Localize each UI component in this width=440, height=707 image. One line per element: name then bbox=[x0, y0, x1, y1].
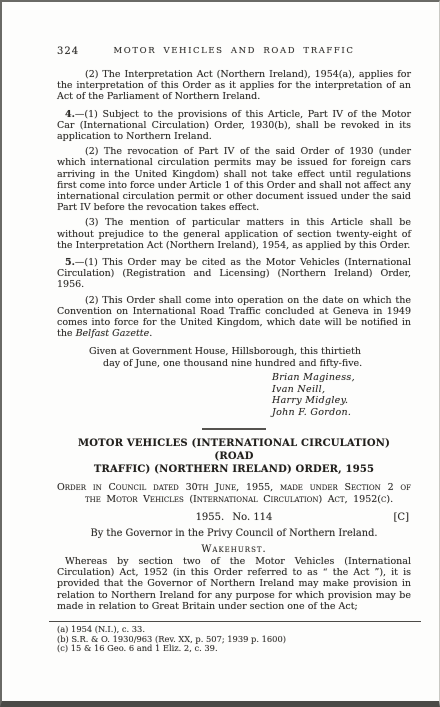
paragraph-revocation: (2) The revocation of Part IV of the sai… bbox=[57, 146, 411, 213]
signature-name: Brian Maginess, bbox=[272, 372, 411, 384]
page-content: 324 MOTOR VEHICLES AND ROAD TRAFFIC (2) … bbox=[2, 2, 439, 654]
article-5-text: —(1) This Order may be cited as the Moto… bbox=[57, 257, 411, 290]
order-title-line-2: TRAFFIC) (NORTHERN IRELAND) ORDER, 1955 bbox=[57, 463, 411, 476]
signature-block: Brian Maginess, Ivan Neill, Harry Midgle… bbox=[272, 372, 411, 419]
corner-mark: [C] bbox=[394, 511, 409, 524]
paragraph-mention-matters: (3) The mention of particular matters in… bbox=[57, 217, 411, 251]
signature-name: Ivan Neill, bbox=[272, 384, 411, 396]
paragraph-article-5: 5.—(1) This Order may be cited as the Mo… bbox=[57, 257, 411, 291]
page-header: 324 MOTOR VEHICLES AND ROAD TRAFFIC bbox=[57, 46, 411, 60]
section-divider-rule bbox=[202, 428, 266, 430]
article-5-number: 5. bbox=[65, 257, 75, 268]
paragraph-article-4: 4.—(1) Subject to the provisions of this… bbox=[57, 109, 411, 143]
footnote: (c) 15 & 16 Geo. 6 and 1 Eliz. 2, c. 39. bbox=[57, 644, 411, 654]
footnotes-block: (a) 1954 (N.I.), c. 33. (b) S.R. & O. 19… bbox=[57, 625, 411, 654]
article-4-number: 4. bbox=[65, 109, 75, 120]
paragraph-commencement: (2) This Order shall come into operation… bbox=[57, 295, 411, 340]
footnote-divider-rule bbox=[49, 621, 421, 622]
paragraph-whereas: Whereas by section two of the Motor Vehi… bbox=[57, 556, 411, 612]
signatory-name: Wakehurst. bbox=[57, 543, 411, 556]
paragraph-interpretation-act: (2) The Interpretation Act (Northern Ire… bbox=[57, 69, 411, 103]
order-number: 1955. No. 114 bbox=[196, 512, 273, 523]
signature-name: Harry Midgley. bbox=[272, 395, 411, 407]
signature-name: John F. Gordon. bbox=[272, 407, 411, 419]
commencement-period: . bbox=[149, 328, 152, 339]
article-4-text: —(1) Subject to the provisions of this A… bbox=[57, 109, 411, 142]
page-number: 324 bbox=[57, 46, 79, 57]
order-number-row: 1955. No. 114 [C] bbox=[57, 511, 411, 524]
order-subheading: Order in Council dated 30th June, 1955, … bbox=[57, 482, 411, 505]
running-title: MOTOR VEHICLES AND ROAD TRAFFIC bbox=[57, 46, 411, 56]
order-title-line-1: MOTOR VEHICLES (INTERNATIONAL CIRCULATIO… bbox=[57, 437, 411, 463]
authority-line: By the Governor in the Privy Council of … bbox=[57, 527, 411, 540]
belfast-gazette-italic: Belfast Gazette bbox=[76, 328, 150, 339]
given-at-line-1: Given at Government House, Hillsborough,… bbox=[89, 346, 411, 357]
given-at-line-2: day of June, one thousand nine hundred a… bbox=[103, 358, 411, 369]
document-page: 324 MOTOR VEHICLES AND ROAD TRAFFIC (2) … bbox=[0, 0, 440, 707]
